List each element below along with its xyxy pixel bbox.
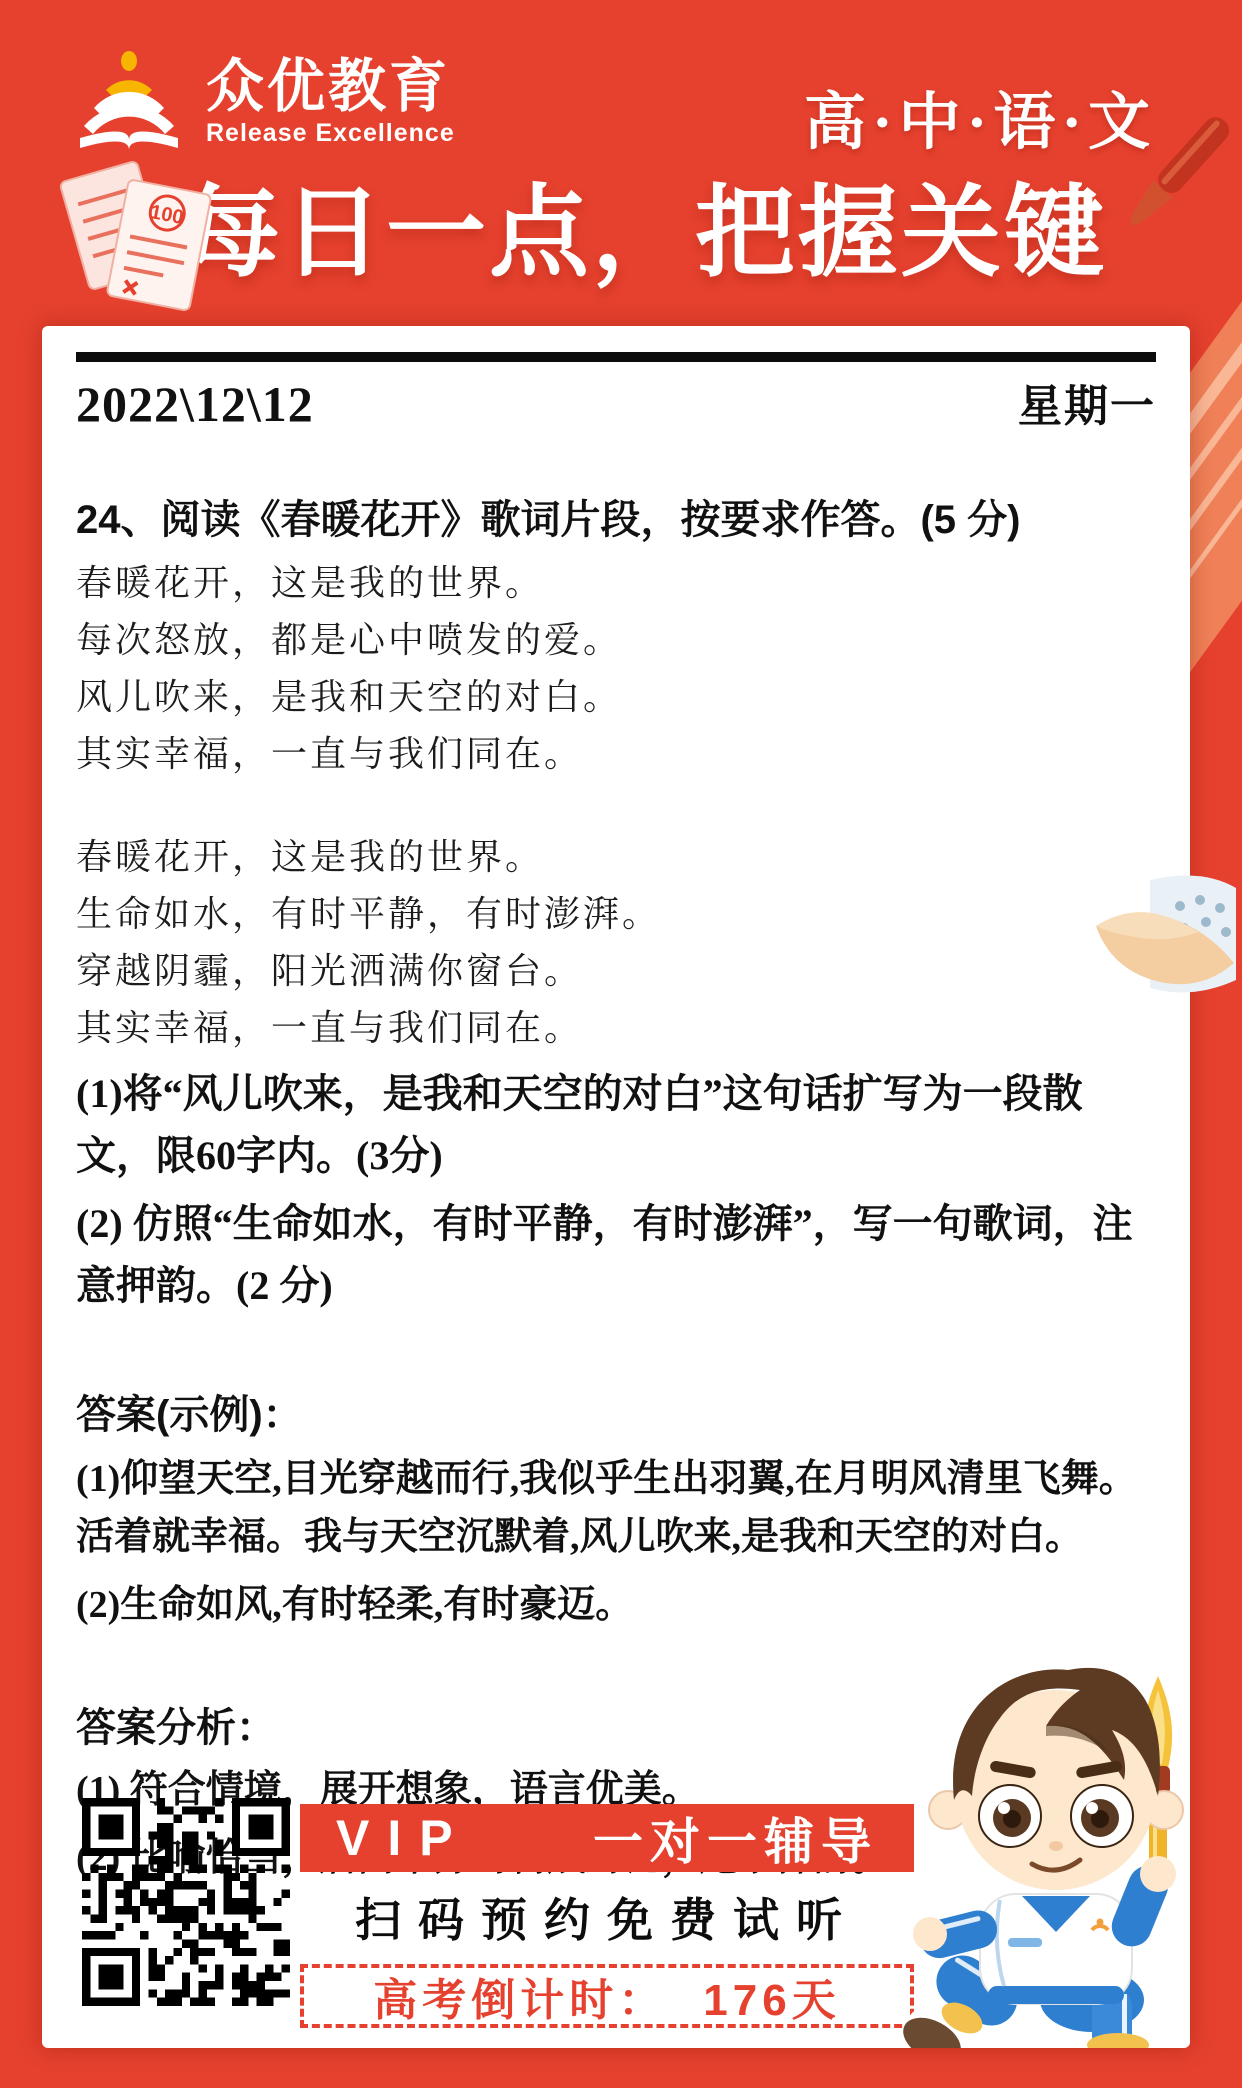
promo-block: VIP 一对一辅导 扫码预约免费试听 高考倒计时： 176天 [300, 1804, 914, 2028]
brand-tagline: Release Excellence [206, 119, 455, 148]
subject-title: 高·中·语·文 [804, 72, 1156, 161]
vip-banner: VIP 一对一辅导 [300, 1804, 914, 1872]
paper-curl-icon [1088, 862, 1242, 1040]
daily-sheet-card: 2022\12\12 星期一 24、阅读《春暖花开》歌词片段，按要求作答。(5 … [42, 326, 1190, 2048]
banner-title: 每日一点，把握关键 [180, 152, 1107, 296]
lyric-line: 风儿吹来，是我和天空的对白。 [76, 669, 1156, 726]
scan-cta-text: 扫码预约免费试听 [300, 1884, 914, 1950]
open-book-icon [70, 50, 188, 154]
lyric-line: 春暖花开，这是我的世界。 [76, 555, 1156, 612]
lyric-line: 每次怒放，都是心中喷发的爱。 [76, 612, 1156, 669]
countdown-box: 高考倒计时： 176天 [300, 1964, 914, 2028]
mascot-boy [896, 1638, 1190, 2048]
answer-item-1: (1)仰望天空,目光穿越而行,我似乎生出羽翼,在月明风清里飞舞。活着就幸福。我与… [76, 1450, 1156, 1566]
vip-service-label: 一对一辅导 [593, 1802, 878, 1874]
lyric-line: 穿越阴霾，阳光洒满你窗台。 [76, 943, 1156, 1000]
brand-logo: 众优教育 Release Excellence [70, 50, 455, 154]
lyric-line: 春暖花开，这是我的世界。 [76, 829, 1156, 886]
answer-item-2: (2)生命如风,有时轻柔,有时豪迈。 [76, 1576, 1156, 1634]
lyrics-stanza-2: 春暖花开，这是我的世界。 生命如水，有时平静，有时澎湃。 穿越阴霾，阳光洒满你窗… [76, 829, 1156, 1057]
exam-papers-icon: 100 [60, 150, 216, 326]
countdown-value: 176天 [703, 1964, 840, 2028]
question-title: 24、阅读《春暖花开》歌词片段，按要求作答。(5 分) [76, 488, 1156, 545]
lyric-line: 其实幸福，一直与我们同在。 [76, 1000, 1156, 1057]
sub-question-1: (1)将“风儿吹来，是我和天空的对白”这句话扩写为一段散文，限60字内。(3分) [76, 1063, 1156, 1187]
brand-name: 众优教育 [206, 57, 455, 117]
answer-heading: 答案(示例)： [76, 1383, 1156, 1440]
lyric-line: 其实幸福，一直与我们同在。 [76, 726, 1156, 783]
qr-code [82, 1798, 290, 2006]
countdown-label: 高考倒计时： [373, 1964, 667, 2028]
dateline: 2022\12\12 星期一 [76, 370, 1156, 434]
vip-label: VIP [336, 1809, 471, 1867]
divider-bar [76, 352, 1156, 362]
lyrics-stanza-1: 春暖花开，这是我的世界。 每次怒放，都是心中喷发的爱。 风儿吹来，是我和天空的对… [76, 555, 1156, 783]
weekday-text: 星期一 [1018, 370, 1156, 434]
sub-question-2: (2) 仿照“生命如水，有时平静，有时澎湃”，写一句歌词，注意押韵。(2 分) [76, 1193, 1156, 1317]
lyric-line: 生命如水，有时平静，有时澎湃。 [76, 886, 1156, 943]
date-text: 2022\12\12 [76, 375, 314, 433]
